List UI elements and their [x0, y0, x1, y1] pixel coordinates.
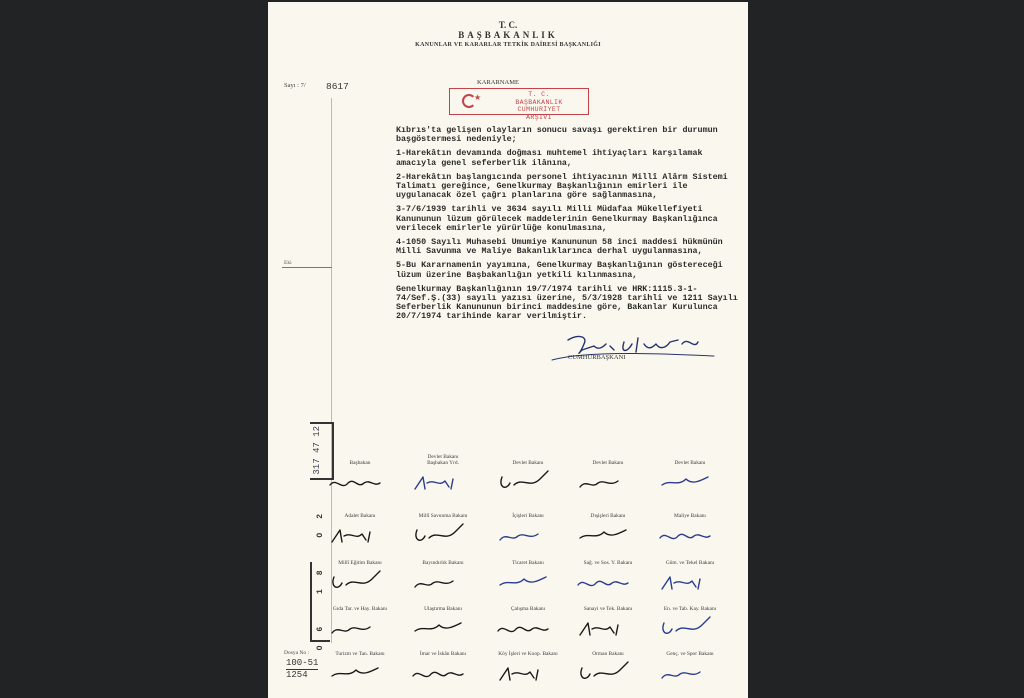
decree-document-page: T. C. BAŞBAKANLIK KANUNLAR VE KARARLAR T…: [268, 2, 748, 698]
side-bracket: [310, 562, 330, 642]
minister-signature: [658, 660, 720, 684]
dosya-label: Dosya No :: [284, 650, 309, 656]
minister-title-label: Genç. ve Spor Bakanı: [650, 651, 730, 657]
filing-mark: 317 47 12: [312, 426, 322, 475]
minister-signature: [328, 615, 390, 639]
decree-body: Kıbrıs'ta gelişen olayların sonucu savaş…: [332, 126, 742, 327]
decree-item-1: 1-Harekâtın devamında doğması muhtemel i…: [332, 149, 742, 167]
minister-signature: [411, 469, 473, 493]
minister-signature: [658, 469, 720, 493]
minister-signature: [576, 660, 638, 684]
minister-signature: [658, 569, 720, 593]
president-title: CUMHURBAŞKANI: [568, 354, 625, 361]
minister-title-label: Ticaret Bakanı: [488, 560, 568, 566]
minister-signature: [658, 522, 720, 546]
minister-title-label: Gıda Tar. ve Hay. Bakanı: [320, 606, 400, 612]
minister-title-label: Millî Eğitim Bakanı: [320, 560, 400, 566]
stamp-line-3: CUMHURİYET ARŞİVİ: [504, 106, 574, 121]
minister-signature: [658, 615, 720, 639]
eki-label: Eki: [284, 260, 292, 266]
minister-signature: [496, 615, 558, 639]
minister-signature: [496, 469, 558, 493]
minister-title-label: İmar ve İskân Bakanı: [403, 651, 483, 657]
minister-signature: [496, 660, 558, 684]
header-tc: T. C.: [268, 20, 748, 30]
minister-title-label: Devlet Bakanı Başbakan Yrd.: [403, 454, 483, 467]
minister-signature: [411, 660, 473, 684]
eki-divider: [282, 267, 332, 268]
minister-title-label: Maliye Bakanı: [650, 513, 730, 519]
header-department: KANUNLAR VE KARARLAR TETKİK DAİRESİ BAŞK…: [268, 42, 748, 48]
stamp-text: T. C. BAŞBAKANLIK CUMHURİYET ARŞİVİ: [504, 91, 574, 121]
decree-item-4: 4-1050 Sayılı Muhasebi Umumiye Kanununun…: [332, 238, 742, 256]
minister-title-label: Adalet Bakanı: [320, 513, 400, 519]
minister-signature: [411, 522, 473, 546]
minister-signature: [496, 522, 558, 546]
minister-title-label: Ulaştırma Bakanı: [403, 606, 483, 612]
minister-title-label: Devlet Bakanı: [488, 460, 568, 466]
minister-signature: [411, 615, 473, 639]
decree-item-3: 3-7/6/1939 tarihli ve 3634 sayılı Milli …: [332, 205, 742, 233]
minister-signature: [328, 569, 390, 593]
minister-title-label: Sanayi ve Tek. Bakanı: [568, 606, 648, 612]
minister-title-label: Çalışma Bakanı: [488, 606, 568, 612]
minister-title-label: Güm. ve Tekel Bakanı: [650, 560, 730, 566]
header-institution: BAŞBAKANLIK: [268, 30, 748, 40]
dosya-number: 100-51 1254: [286, 658, 318, 681]
minister-title-label: Millî Savunma Bakanı: [403, 513, 483, 519]
minister-signature: [328, 660, 390, 684]
minister-signature: [576, 469, 638, 493]
minister-title-label: En. ve Tab. Kay. Bakanı: [650, 606, 730, 612]
minister-signature: [328, 522, 390, 546]
minister-title-label: Bayındırlık Bakanı: [403, 560, 483, 566]
archive-stamp: ★ T. C. BAŞBAKANLIK CUMHURİYET ARŞİVİ: [449, 88, 589, 115]
decree-closing: Genelkurmay Başkanlığının 19/7/1974 tari…: [332, 285, 742, 322]
decree-item-5: 5-Bu Kararnamenin yayımına, Genelkurmay …: [332, 261, 742, 279]
minister-title-label: Devlet Bakanı: [568, 460, 648, 466]
minister-title-label: İçişleri Bakanı: [488, 513, 568, 519]
decree-item-2: 2-Harekâtın başlangıcında personel ihtiy…: [332, 173, 742, 201]
dosya-number-bottom: 1254: [286, 670, 308, 680]
minister-title-label: Köy İşleri ve Koop. Bakanı: [488, 651, 568, 657]
star-icon: ★: [474, 95, 481, 103]
decree-intro: Kıbrıs'ta gelişen olayların sonucu savaş…: [332, 126, 742, 144]
minister-signature: [411, 569, 473, 593]
dosya-number-top: 100-51: [286, 658, 318, 670]
minister-title-label: Orman Bakanı: [568, 651, 648, 657]
minister-title-label: Sağ. ve Sos. Y. Bakanı: [568, 560, 648, 566]
document-type-title: KARARNAME: [268, 79, 748, 86]
minister-signature: [576, 522, 638, 546]
stamp-line-1: T. C.: [504, 91, 574, 99]
minister-signature: [576, 615, 638, 639]
minister-signature: [328, 469, 390, 493]
minister-title-label: Devlet Bakanı: [650, 460, 730, 466]
minister-title-label: Turizm ve Tan. Bakanı: [320, 651, 400, 657]
stamp-line-2: BAŞBAKANLIK: [504, 99, 574, 107]
minister-title-label: Dışişleri Bakanı: [568, 513, 648, 519]
minister-signature: [496, 569, 558, 593]
minister-signature: [576, 569, 638, 593]
minister-title-label: Başbakan: [320, 460, 400, 466]
